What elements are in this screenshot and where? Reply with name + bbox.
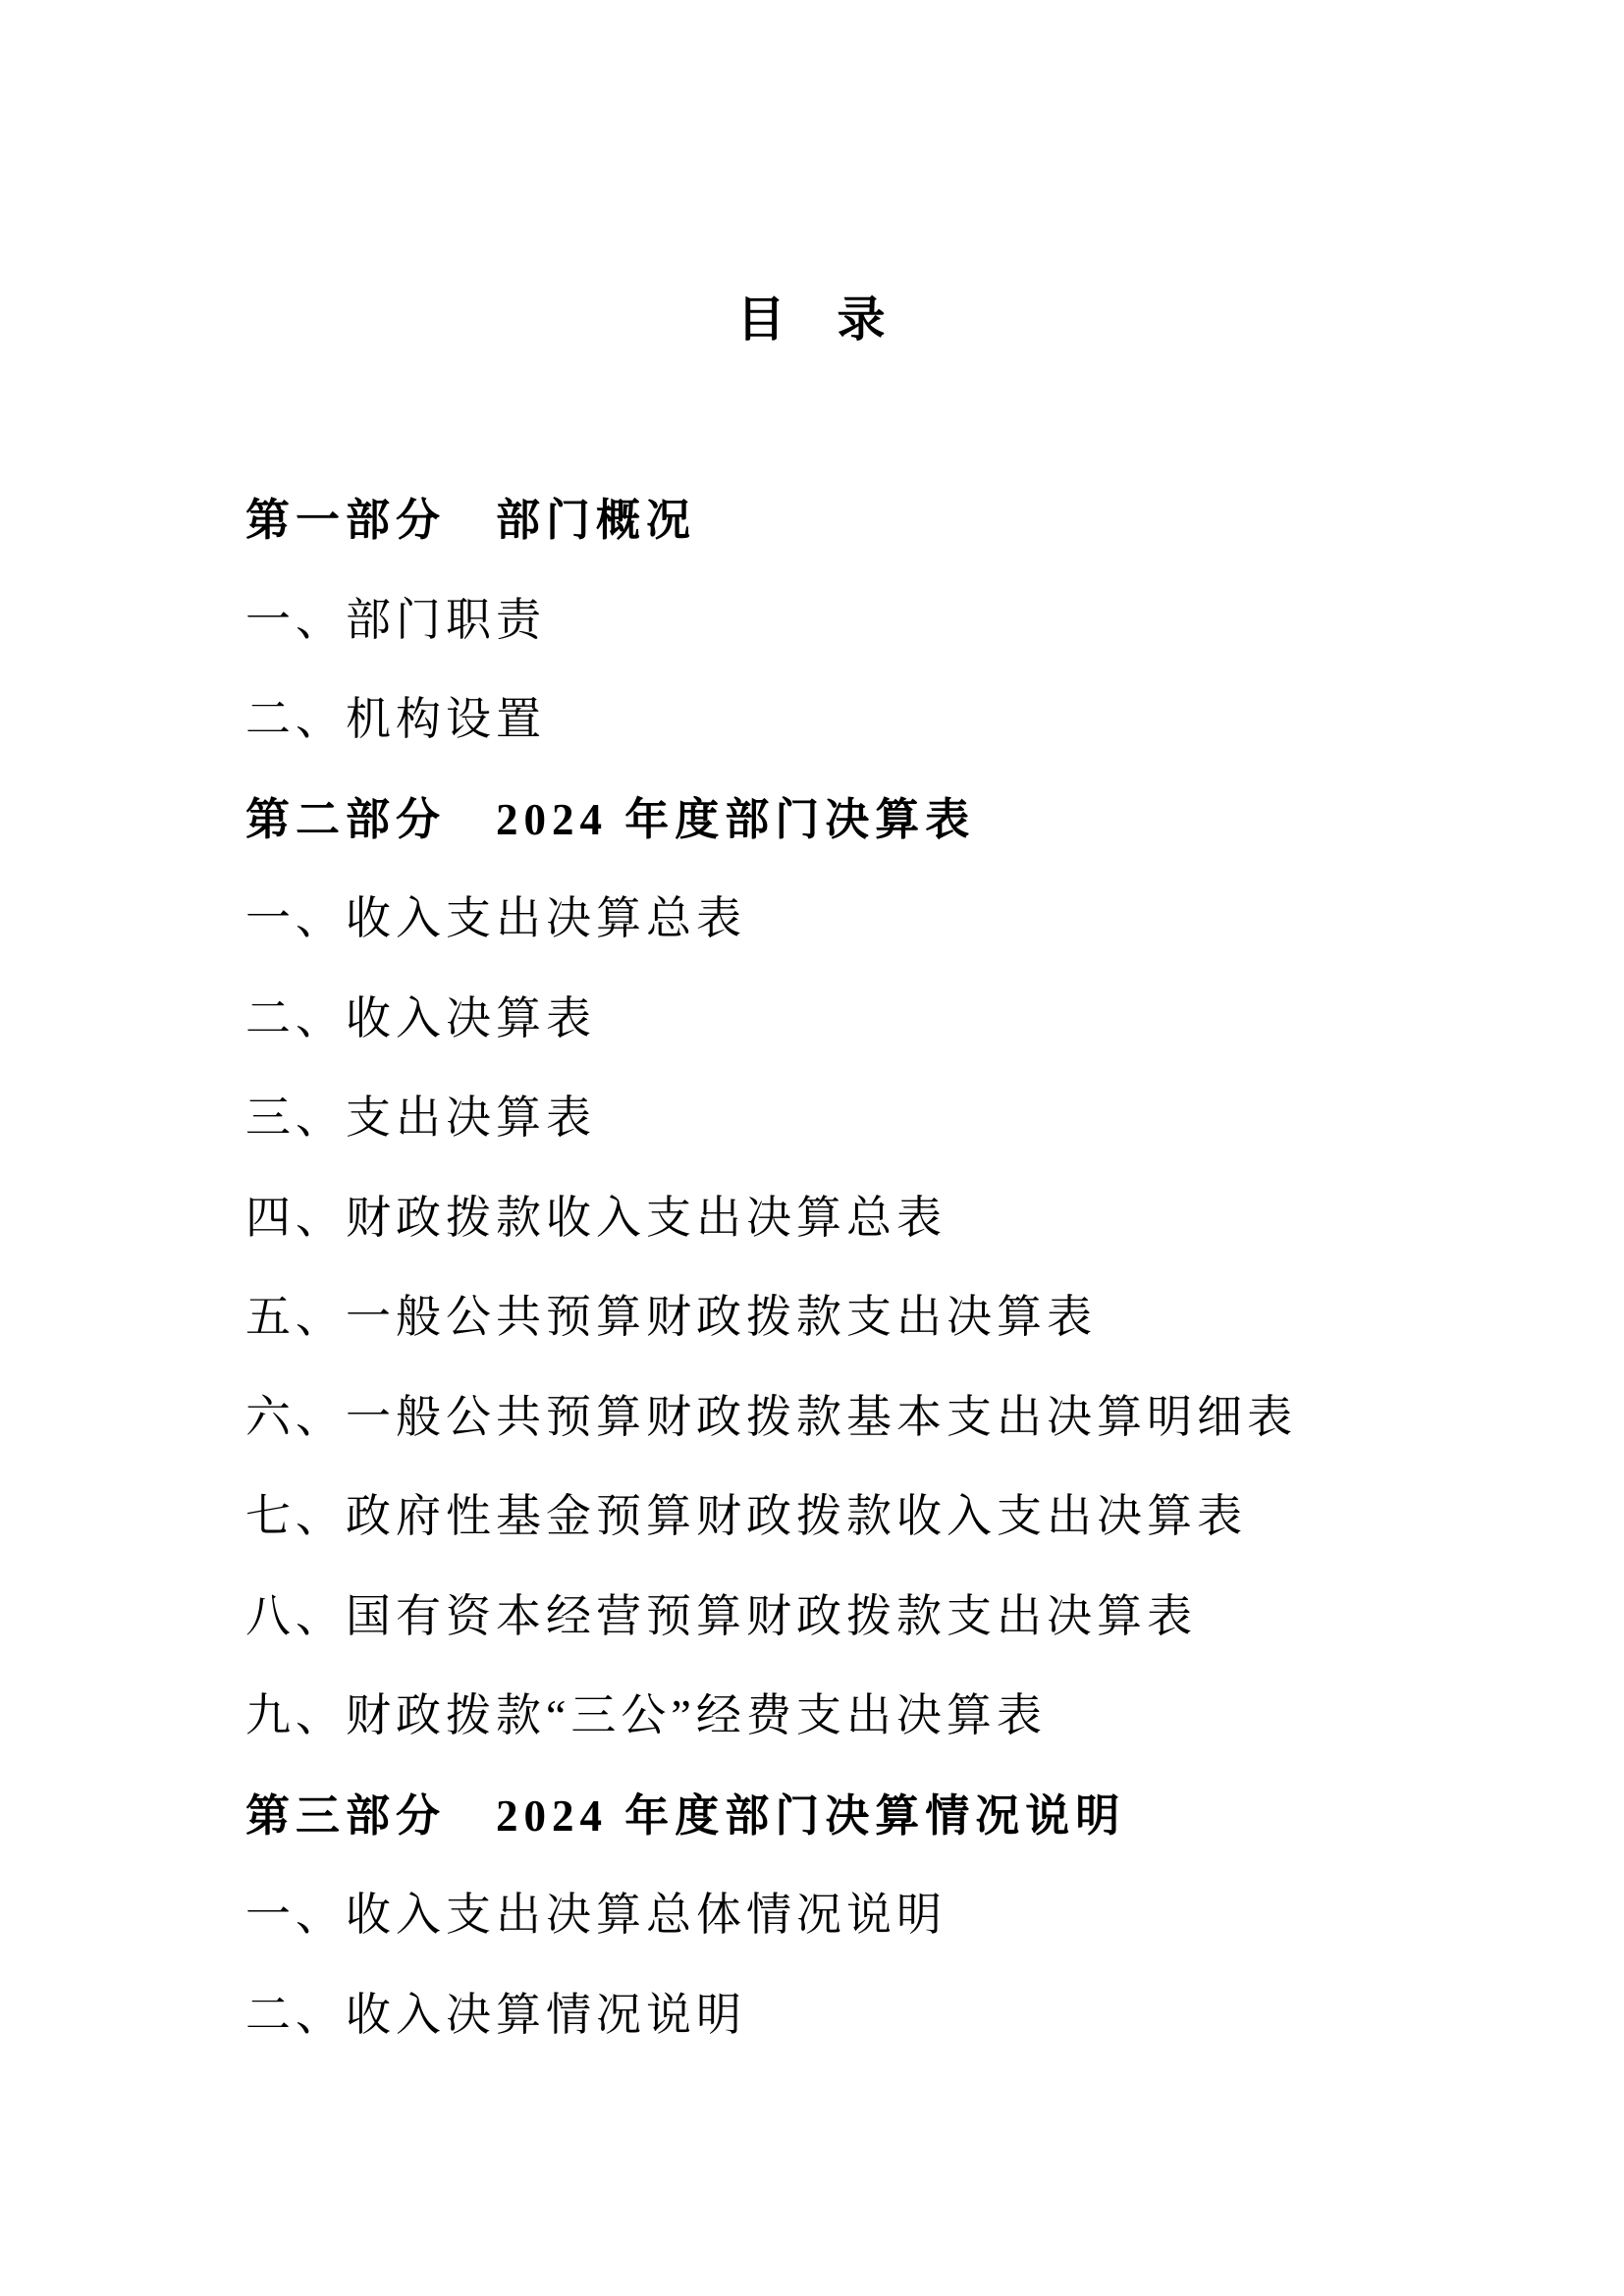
toc: 第一部分 部门概况一、部门职责二、机构设置第二部分 2024 年度部门决算表一、… <box>245 489 1522 2083</box>
toc-section-heading-1: 第一部分 部门概况 <box>245 489 1522 589</box>
toc-page: 目 录 第一部分 部门概况一、部门职责二、机构设置第二部分 2024 年度部门决… <box>0 0 1624 2296</box>
toc-item: 二、机构设置 <box>245 688 1522 788</box>
document-page: { "page": { "title": "目 录", "text_color"… <box>0 0 1624 2296</box>
toc-item: 九、财政拨款“三公”经费支出决算表 <box>245 1684 1522 1785</box>
toc-section-heading-2: 第二部分 2024 年度部门决算表 <box>245 788 1522 888</box>
toc-item: 七、政府性基金预算财政拨款收入支出决算表 <box>245 1485 1522 1585</box>
toc-item: 八、国有资本经营预算财政拨款支出决算表 <box>245 1585 1522 1685</box>
toc-item: 一、部门职责 <box>245 589 1522 689</box>
toc-item: 五、一般公共预算财政拨款支出决算表 <box>245 1286 1522 1386</box>
toc-item: 一、收入支出决算总表 <box>245 887 1522 988</box>
toc-item: 三、支出决算表 <box>245 1087 1522 1187</box>
toc-item: 二、收入决算情况说明 <box>245 1984 1522 2084</box>
toc-item: 六、一般公共预算财政拨款基本支出决算明细表 <box>245 1386 1522 1486</box>
toc-item: 二、收入决算表 <box>245 988 1522 1088</box>
page-title: 目 录 <box>0 293 1624 347</box>
toc-item: 四、财政拨款收入支出决算总表 <box>245 1187 1522 1287</box>
toc-section-heading-3: 第三部分 2024 年度部门决算情况说明 <box>245 1785 1522 1885</box>
toc-item: 一、收入支出决算总体情况说明 <box>245 1884 1522 1984</box>
